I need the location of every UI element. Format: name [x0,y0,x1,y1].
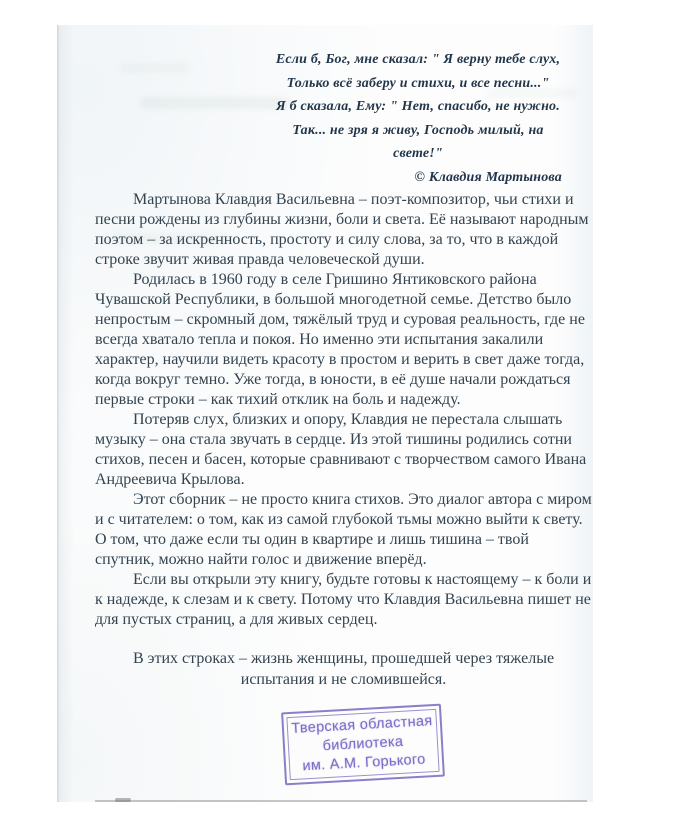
epigraph-line: Если б, Бог, мне сказал: " Я верну тебе … [268,48,568,72]
page-bottom-scan-smudge [115,798,131,802]
epigraph-attribution: © Клавдия Мартынова [268,166,568,190]
library-stamp: Тверская областная библиотека им. А.М. Г… [281,704,445,786]
annotation-paragraph: Этот сборник – не просто книга стихов. Э… [95,490,592,570]
page-bottom-scan-edge [95,800,587,802]
annotation-text-block: Мартынова Клавдия Васильевна – поэт-комп… [95,190,592,630]
epigraph-line: Я б сказала, Ему: " Нет, спасибо, не нуж… [268,95,568,119]
library-stamp-inner-border: Тверская областная библиотека им. А.М. Г… [286,709,439,780]
scanned-paper-page: Если б, Бог, мне сказал: " Я верну тебе … [57,25,593,802]
annotation-paragraph: Если вы открыли эту книгу, будьте готовы… [95,570,592,630]
annotation-paragraph: Родилась в 1960 году в селе Гришино Янти… [95,270,592,410]
epigraph-line: Только всё заберу и стихи, и все песни..… [268,72,568,96]
screenshot-root: { "page": { "epigraph": { "lines": [ "Ес… [0,0,691,822]
epigraph-block: Если б, Бог, мне сказал: " Я верну тебе … [268,48,568,189]
closing-note: В этих строках – жизнь женщины, прошедше… [95,648,592,690]
epigraph-line: Так... не зря я живу, Господь милый, на … [268,119,568,166]
annotation-paragraph: Потеряв слух, близких и опору, Клавдия н… [95,410,592,490]
annotation-paragraph: Мартынова Клавдия Васильевна – поэт-комп… [95,190,592,270]
page-left-scan-shadow [60,25,74,802]
bleed-through-smudge [120,63,190,73]
